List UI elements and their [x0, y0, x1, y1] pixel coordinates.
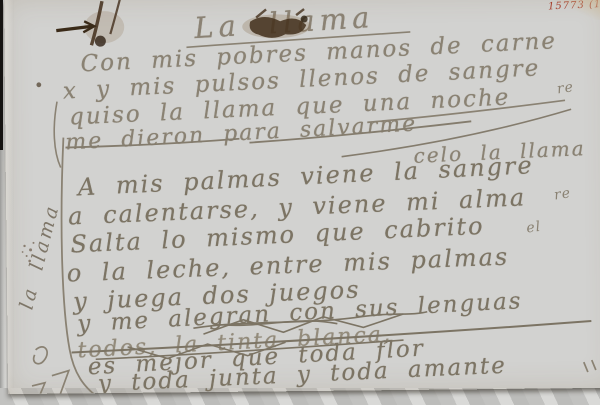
manuscript-paper: 15773 (1) La llama la llama Con mis pobr… [4, 0, 600, 394]
superscript-insertion: el [525, 219, 542, 237]
superscript-insertion: re [556, 79, 575, 97]
scanned-manuscript-page: 15773 (1) La llama la llama Con mis pobr… [0, 0, 600, 405]
archive-accession-number: 15773 (1) [548, 0, 600, 12]
superscript-insertion: re [553, 185, 572, 203]
scanner-edge-shadow [0, 0, 3, 150]
